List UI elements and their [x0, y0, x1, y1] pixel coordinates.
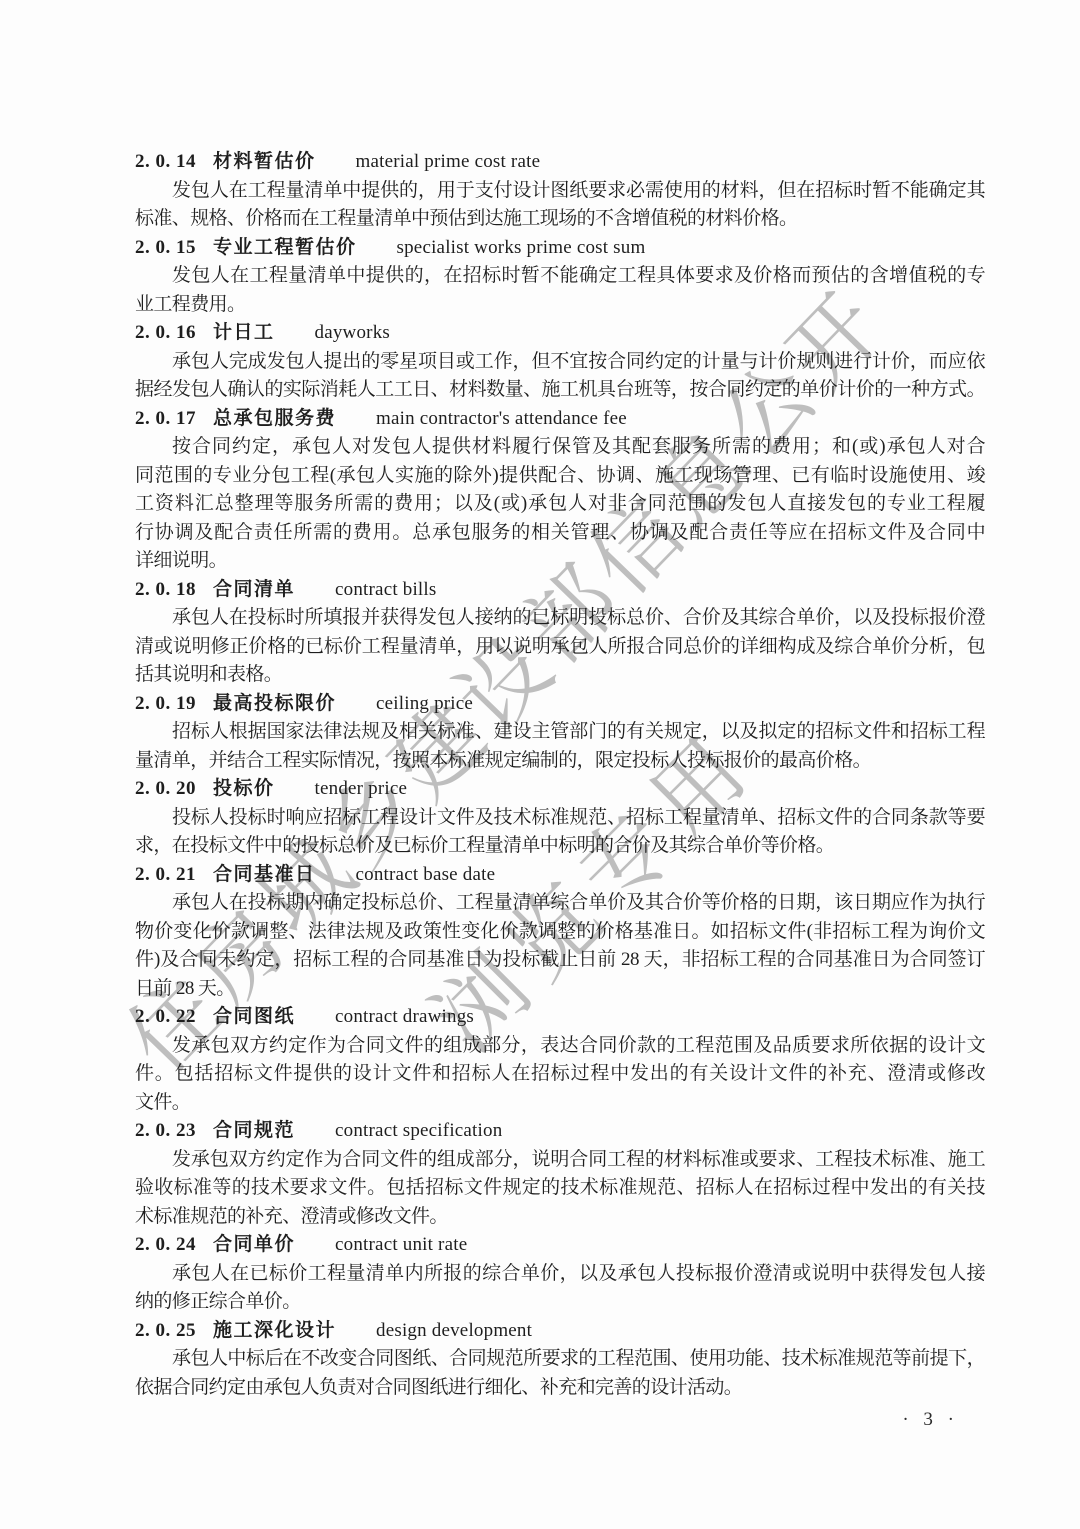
body-line: 按合同约定，承包人对发包人提供材料履行保管及其配套服务所需的费用；和(或)承包人…: [135, 433, 985, 462]
body-line: 依据合同约定由承包人负责对合同图纸进行细化、补充和完善的设计活动。: [135, 1374, 985, 1403]
body-line: 投标人投标时响应招标工程设计文件及技术标准规范、招标工程量清单、招标文件的合同条…: [135, 804, 985, 833]
body-line: 标准、规格、价格而在工程量清单中预估到达施工现场的不含增值税的材料价格。: [135, 205, 985, 234]
body-line: 件。包括招标文件提供的设计文件和招标人在招标过程中发出的有关设计文件的补充、澄清…: [135, 1060, 985, 1089]
section-heading: 2. 0. 15专业工程暂估价specialist works prime co…: [135, 234, 985, 263]
body-line: 承包人在投标时所填报并获得发包人接纳的已标明投标总价、合价及其综合单价，以及投标…: [135, 604, 985, 633]
term-english: contract bills: [335, 579, 436, 600]
term-english: design development: [376, 1320, 532, 1341]
section-number: 2. 0. 19: [135, 693, 196, 714]
section-heading: 2. 0. 16计日工dayworks: [135, 319, 985, 348]
section-heading: 2. 0. 22合同图纸contract drawings: [135, 1003, 985, 1032]
term-english: main contractor's attendance fee: [376, 408, 627, 429]
body-line: 工资料汇总整理等服务所需的费用；以及(或)承包人对非合同范围的发包人直接发包的专…: [135, 490, 985, 519]
body-line: 验收标准等的技术要求文件。包括招标文件规定的技术标准规范、招标人在招标过程中发出…: [135, 1174, 985, 1203]
term-english: contract drawings: [335, 1006, 474, 1027]
body-line: 日前 28 天。: [135, 975, 985, 1004]
term-chinese: 合同单价: [213, 1234, 295, 1255]
section-number: 2. 0. 21: [135, 864, 196, 885]
section-number: 2. 0. 25: [135, 1320, 196, 1341]
body-line: 同范围的专业分包工程(承包人实施的除外)提供配合、协调、施工现场管理、已有临时设…: [135, 462, 985, 491]
term-chinese: 合同图纸: [213, 1006, 295, 1027]
body-line: 发承包双方约定作为合同文件的组成部分，表达合同价款的工程范围及品质要求所依据的设…: [135, 1032, 985, 1061]
term-english: contract base date: [356, 864, 496, 885]
body-line: 业工程费用。: [135, 291, 985, 320]
section-heading: 2. 0. 20投标价tender price: [135, 775, 985, 804]
term-english: ceiling price: [376, 693, 473, 714]
term-chinese: 施工深化设计: [213, 1320, 336, 1341]
term-chinese: 专业工程暂估价: [213, 237, 357, 258]
term-chinese: 计日工: [213, 322, 275, 343]
section-number: 2. 0. 16: [135, 322, 196, 343]
section-heading: 2. 0. 14材料暂估价material prime cost rate: [135, 148, 985, 177]
term-english: dayworks: [315, 322, 390, 343]
page-number: · 3 ·: [135, 1406, 985, 1434]
term-english: specialist works prime cost sum: [397, 237, 646, 258]
body-line: 发包人在工程量清单中提供的，用于支付设计图纸要求必需使用的材料，但在招标时暂不能…: [135, 177, 985, 206]
section-number: 2. 0. 24: [135, 1234, 196, 1255]
term-chinese: 合同基准日: [213, 864, 316, 885]
body-line: 承包人完成发包人提出的零星项目或工作，但不宜按合同约定的计量与计价规则进行计价，…: [135, 348, 985, 377]
section-heading: 2. 0. 21合同基准日contract base date: [135, 861, 985, 890]
body-line: 发包人在工程量清单中提供的，在招标时暂不能确定工程具体要求及价格而预估的含增值税…: [135, 262, 985, 291]
section-heading: 2. 0. 18合同清单contract bills: [135, 576, 985, 605]
term-chinese: 总承包服务费: [213, 408, 336, 429]
term-chinese: 投标价: [213, 778, 275, 799]
body-line: 承包人在投标期内确定投标总价、工程量清单综合单价及其合价等价格的日期，该日期应作…: [135, 889, 985, 918]
body-line: 量清单，并结合工程实际情况，按照本标准规定编制的，限定投标人投标报价的最高价格。: [135, 747, 985, 776]
section-number: 2. 0. 20: [135, 778, 196, 799]
section-number: 2. 0. 17: [135, 408, 196, 429]
body-line: 文件。: [135, 1089, 985, 1118]
body-line: 招标人根据国家法律法规及相关标准、建设主管部门的有关规定，以及拟定的招标文件和招…: [135, 718, 985, 747]
section-heading: 2. 0. 24合同单价contract unit rate: [135, 1231, 985, 1260]
term-chinese: 合同规范: [213, 1120, 295, 1141]
body-line: 承包人中标后在不改变合同图纸、合同规范所要求的工程范围、使用功能、技术标准规范等…: [135, 1345, 985, 1374]
body-line: 纳的修正综合单价。: [135, 1288, 985, 1317]
section-heading: 2. 0. 23合同规范contract specification: [135, 1117, 985, 1146]
body-line: 承包人在已标价工程量清单内所报的综合单价，以及承包人投标报价澄清或说明中获得发包…: [135, 1260, 985, 1289]
section-number: 2. 0. 22: [135, 1006, 196, 1027]
body-line: 详细说明。: [135, 547, 985, 576]
terminology-section: 2. 0. 14材料暂估价material prime cost rate发包人…: [135, 148, 985, 1434]
term-chinese: 合同清单: [213, 579, 295, 600]
document-page: 住房城乡建设部信息公开 浏览专用 2. 0. 14材料暂估价material p…: [0, 0, 1080, 1529]
body-line: 清或说明修正价格的已标价工程量清单，用以说明承包人所报合同总价的详细构成及综合单…: [135, 633, 985, 662]
body-line: 行协调及配合责任所需的费用。总承包服务的相关管理、协调及配合责任等应在招标文件及…: [135, 519, 985, 548]
term-chinese: 最高投标限价: [213, 693, 336, 714]
section-number: 2. 0. 15: [135, 237, 196, 258]
term-english: tender price: [315, 778, 408, 799]
body-line: 发承包双方约定作为合同文件的组成部分，说明合同工程的材料标准或要求、工程技术标准…: [135, 1146, 985, 1175]
body-line: 括其说明和表格。: [135, 661, 985, 690]
section-heading: 2. 0. 17总承包服务费main contractor's attendan…: [135, 405, 985, 434]
section-number: 2. 0. 23: [135, 1120, 196, 1141]
term-english: contract unit rate: [335, 1234, 467, 1255]
body-line: 求，在投标文件中的投标总价及已标价工程量清单中标明的合价及其综合单价等价格。: [135, 832, 985, 861]
term-chinese: 材料暂估价: [213, 151, 316, 172]
body-line: 物价变化价款调整、法律法规及政策性变化价款调整的价格基准日。如招标文件(非招标工…: [135, 918, 985, 947]
section-number: 2. 0. 14: [135, 151, 196, 172]
body-line: 件)及合同未约定，招标工程的合同基准日为投标截止日前 28 天，非招标工程的合同…: [135, 946, 985, 975]
body-line: 据经发包人确认的实际消耗人工工日、材料数量、施工机具台班等，按合同约定的单价计价…: [135, 376, 985, 405]
term-english: contract specification: [335, 1120, 502, 1141]
section-heading: 2. 0. 25施工深化设计design development: [135, 1317, 985, 1346]
body-line: 术标准规范的补充、澄清或修改文件。: [135, 1203, 985, 1232]
term-english: material prime cost rate: [356, 151, 541, 172]
section-heading: 2. 0. 19最高投标限价ceiling price: [135, 690, 985, 719]
section-number: 2. 0. 18: [135, 579, 196, 600]
